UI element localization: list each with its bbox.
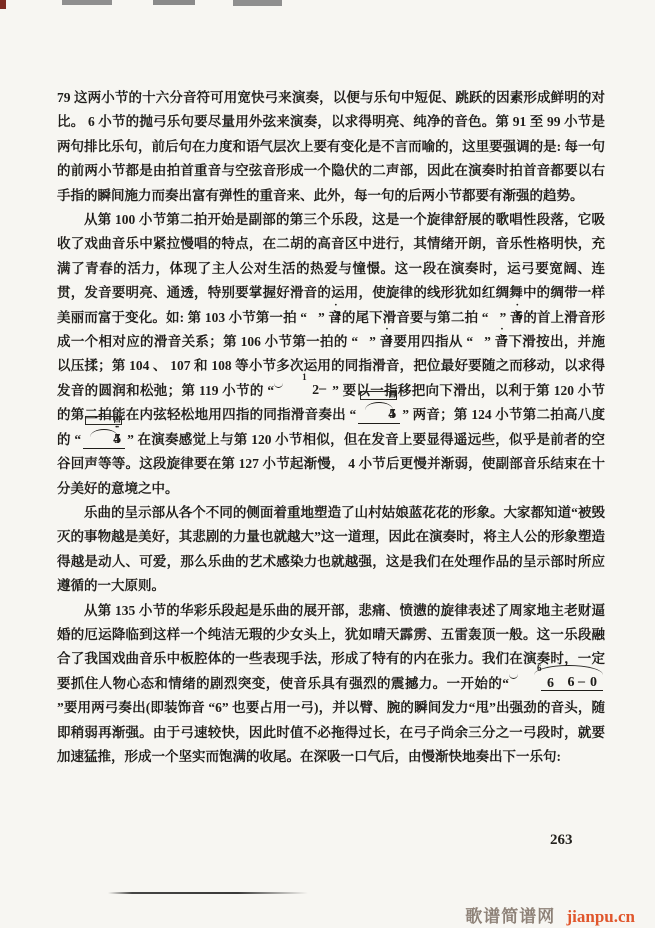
text-run: 79 这两小节的十六分音符可用宽快弓来演奏，以便与乐句中短促、跳跃的因素形成鲜明… bbox=[57, 90, 605, 203]
octave-dot: · bbox=[358, 326, 369, 332]
dash: – bbox=[292, 382, 326, 396]
grace-digit: 1 bbox=[275, 373, 307, 382]
text-run: ” 在演奏感觉上与第 120 小节相似，但在发音上要显得遥远些，似乎是前者的空谷… bbox=[57, 432, 605, 496]
watermark: 歌谱简谱网 jianpu.cn bbox=[465, 902, 635, 927]
paragraph: 从第 135 小节的华彩乐段起是乐曲的展开部，悲痛、愤懑的旋律表述了周家地主老财… bbox=[57, 599, 605, 770]
paragraph: 79 这两小节的十六分音符可用宽快弓来演奏，以便与乐句中短促、跳跃的因素形成鲜明… bbox=[57, 86, 605, 208]
jianpu-dotted-note: ·6 bbox=[488, 309, 499, 324]
jianpu-slur-pair-figure: 四四54 bbox=[356, 406, 402, 423]
jianpu-dotted-note: ·2 bbox=[307, 309, 318, 324]
text-run: 乐曲的呈示部从各个不同的侧面着重地塑造了山村姑娘蓝花花的形象。大家都知道“被毁灭… bbox=[57, 505, 605, 593]
scan-artifact-bar bbox=[233, 0, 282, 6]
beamed-notes: 6 0 bbox=[541, 676, 604, 691]
octave-dot: · bbox=[488, 302, 499, 308]
watermark-site-url: jianpu.cn bbox=[567, 907, 636, 926]
watermark-site-name: 歌谱简谱网 bbox=[465, 907, 555, 926]
jianpu-grace-note-figure: 12– bbox=[274, 382, 332, 398]
paragraph: 从第 100 小节第二拍开始是副部的第三个乐段，这是一个旋律舒展的歌唱性段落，它… bbox=[57, 208, 605, 501]
book-page: 79 这两小节的十六分音符可用宽快弓来演奏，以便与乐句中短促、跳跃的因素形成鲜明… bbox=[0, 0, 655, 928]
page-number: 263 bbox=[550, 832, 573, 849]
beam-underline bbox=[358, 423, 400, 424]
jianpu-opening-phrase-figure: 66–6 0 bbox=[509, 674, 605, 691]
finger-mark: 四 bbox=[360, 391, 397, 400]
jianpu-dotted-note: ·5 bbox=[473, 333, 484, 348]
octave-dot: · bbox=[307, 302, 318, 308]
beam-underline bbox=[83, 448, 125, 449]
text-run: 从第 100 小节第二拍开始是副部的第三个乐段，这是一个旋律舒展的歌唱性段落，它… bbox=[57, 212, 605, 325]
scan-artifact-bar bbox=[62, 0, 112, 5]
tie-curve bbox=[509, 674, 518, 679]
tie-curve bbox=[274, 383, 283, 388]
octave-dot: · bbox=[473, 326, 484, 332]
page-body-text: 79 这两小节的十六分音符可用宽快弓来演奏，以便与乐句中短促、跳跃的因素形成鲜明… bbox=[57, 86, 605, 769]
text-run: ”要用两弓奏出(即装饰音 “6” 也要占用一弓)，并以臂、腕的瞬间发力“甩”出强… bbox=[57, 700, 605, 764]
jianpu-dotted-note: ·4 bbox=[358, 333, 369, 348]
text-run: ” 音的尾下滑音要与第二拍 “ bbox=[318, 310, 488, 325]
scan-artifact-bar bbox=[153, 0, 195, 5]
scan-artifact-red bbox=[0, 0, 6, 9]
paragraph: 乐曲的呈示部从各个不同的侧面着重地塑造了山村姑娘蓝花花的形象。大家都知道“被毁灭… bbox=[57, 501, 605, 599]
jianpu-slur-pair-figure: 四四··54 bbox=[81, 431, 127, 448]
scan-line-artifact bbox=[108, 892, 308, 894]
